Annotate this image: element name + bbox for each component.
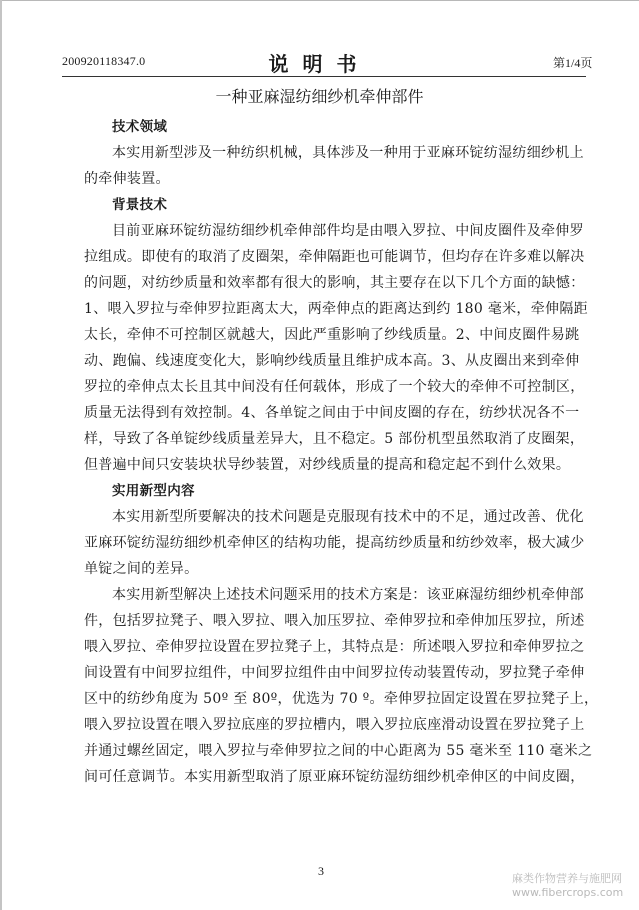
paragraph-line: 的问题，对纺纱质量和效率都有很大的影响，其主要存在以下几个方面的缺憾：: [84, 270, 569, 296]
paragraph-line: 质量无法得到有效控制。4、各单锭之间由于中间皮圈的存在，纺纱状况各不一: [84, 400, 569, 426]
paragraph-line: 的牵伸装置。: [84, 166, 569, 192]
document-body: 技术领域本实用新型涉及一种纺织机械，具体涉及一种用于亚麻环锭纺湿纺细纱机上的牵伸…: [84, 114, 569, 790]
paragraph-line: 拉组成。即使有的取消了皮圈架，牵伸隔距也可能调节，但均存在许多难以解决: [84, 244, 569, 270]
page-edge-left: [0, 0, 2, 910]
paragraph-line: 动、跑偏、线速度变化大，影响纱线质量且维护成本高。3、从皮圈出来到牵伸: [84, 348, 569, 374]
watermark-url: www.fibercrops.com: [512, 886, 623, 900]
paragraph-line: 但普遍中间只安装块状导纱装置，对纱线质量的提高和稳定起不到什么效果。: [84, 452, 569, 478]
paragraph-line: 喂入罗拉、牵伸罗拉设置在罗拉凳子上，其特点是：所述喂入罗拉和牵伸罗拉之: [84, 634, 569, 660]
paragraph-line: 罗拉的牵伸点太长且其中间没有任何载体，形成了一个较大的牵伸不可控制区，: [84, 374, 569, 400]
paragraph-line: 样，导致了各单锭纱线质量差异大，且不稳定。5 部份机型虽然取消了皮圈架，: [84, 426, 569, 452]
header-rule: [62, 76, 586, 77]
watermark-site-name: 麻类作物营养与施肥网: [512, 872, 623, 886]
paragraph-line: 件，包括罗拉凳子、喂入罗拉、喂入加压罗拉、牵伸罗拉和牵伸加压罗拉，所述: [84, 608, 569, 634]
paragraph-line: 亚麻环锭纺湿纺细纱机牵伸区的结构功能，提高纺纱质量和纺纱效率，极大减少: [84, 530, 569, 556]
paragraph-line: 并通过螺丝固定，喂入罗拉与牵伸罗拉之间的中心距离为 55 毫米至 110 毫米之: [84, 738, 569, 764]
paragraph-line: 本实用新型所要解决的技术问题是克服现有技术中的不足，通过改善、优化: [84, 504, 569, 530]
section-heading: 实用新型内容: [84, 478, 569, 504]
page-header: 200920118347.0 说明书 第1/4页: [0, 48, 639, 72]
document-title: 一种亚麻湿纺细纱机牵伸部件: [0, 84, 639, 107]
paragraph-line: 本实用新型解决上述技术问题采用的技术方案是：该亚麻湿纺细纱机牵伸部: [84, 582, 569, 608]
paragraph-line: 区中的纺纱角度为 50º 至 80º，优选为 70 º。牵伸罗拉固定设置在罗拉凳…: [84, 686, 569, 712]
section-heading: 技术领域: [84, 114, 569, 140]
doc-type-title: 说明书: [0, 48, 639, 77]
paragraph-line: 本实用新型涉及一种纺织机械，具体涉及一种用于亚麻环锭纺湿纺细纱机上: [84, 140, 569, 166]
page-number: 3: [318, 864, 324, 879]
paragraph-line: 太长，牵伸不可控制区就越大，因此严重影响了纱线质量。2、中间皮圈件易跳: [84, 322, 569, 348]
watermark: 麻类作物营养与施肥网 www.fibercrops.com: [512, 872, 623, 900]
page-indicator: 第1/4页: [553, 54, 592, 71]
paragraph-line: 间可任意调节。本实用新型取消了原亚麻环锭纺湿纺细纱机牵伸区的中间皮圈，: [84, 764, 569, 790]
paragraph-line: 目前亚麻环锭纺湿纺细纱机牵伸部件均是由喂入罗拉、中间皮圈件及牵伸罗: [84, 218, 569, 244]
paragraph-line: 1、喂入罗拉与牵伸罗拉距离太大，两牵伸点的距离达到约 180 毫米，牵伸隔距: [84, 296, 569, 322]
paragraph-line: 间设置有中间罗拉组件，中间罗拉组件由中间罗拉传动装置传动，罗拉凳子牵伸: [84, 660, 569, 686]
paragraph-line: 喂入罗拉设置在喂入罗拉底座的罗拉槽内，喂入罗拉底座滑动设置在罗拉凳子上: [84, 712, 569, 738]
section-heading: 背景技术: [84, 192, 569, 218]
page-edge-top: [0, 0, 639, 1]
paragraph-line: 单锭之间的差异。: [84, 556, 569, 582]
